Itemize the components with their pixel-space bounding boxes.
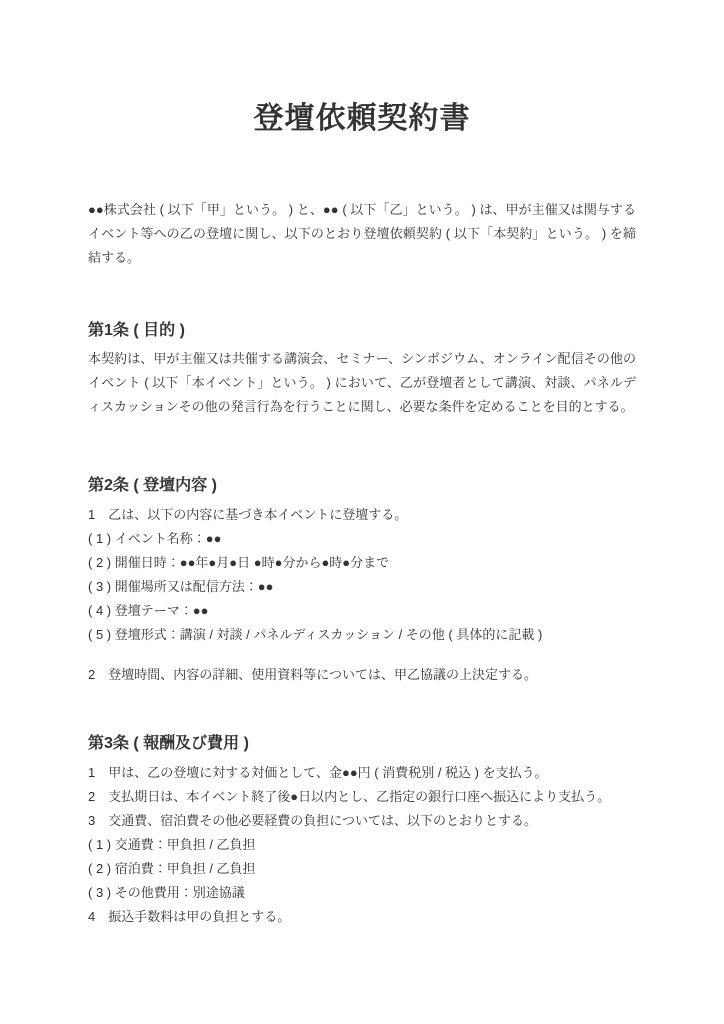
article-2-closing-clause: 2 登壇時間、内容の詳細、使用資料等については、甲乙協議の上決定する。: [88, 663, 636, 687]
clause-line: ( 1 ) イベント名称：●●: [88, 527, 636, 551]
contract-page: 登壇依頼契約書 ●●株式会社 ( 以下「甲」という。 ) と、●● ( 以下「乙…: [0, 0, 724, 1024]
clause-line: 2 支払期日は、本イベント終了後●日以内とし、乙指定の銀行口座へ振込により支払う…: [88, 785, 636, 809]
article-2-clauses: 1 乙は、以下の内容に基づき本イベントに登壇する。 ( 1 ) イベント名称：●…: [88, 503, 636, 647]
clause-line: 1 甲は、乙の登壇に対する対価として、金●●円 ( 消費税別 / 税込 ) を支…: [88, 761, 636, 785]
clause-line: ( 1 ) 交通費：甲負担 / 乙負担: [88, 833, 636, 857]
clause-line: 4 振込手数料は甲の負担とする。: [88, 905, 636, 929]
article-2-heading: 第2条 ( 登壇内容 ): [88, 473, 636, 499]
clause-line: ( 4 ) 登壇テーマ：●●: [88, 599, 636, 623]
article-3-clauses: 1 甲は、乙の登壇に対する対価として、金●●円 ( 消費税別 / 税込 ) を支…: [88, 761, 636, 929]
clause-line: 1 乙は、以下の内容に基づき本イベントに登壇する。: [88, 503, 636, 527]
article-1-body: 本契約は、甲が主催又は共催する講演会、セミナー、シンポジウム、オンライン配信その…: [88, 347, 636, 419]
clause-line: ( 3 ) 開催場所又は配信方法：●●: [88, 575, 636, 599]
clause-line: ( 2 ) 開催日時：●●年●月●日 ●時●分から●時●分まで: [88, 551, 636, 575]
article-3-heading: 第3条 ( 報酬及び費用 ): [88, 731, 636, 757]
clause-line: ( 2 ) 宿泊費：甲負担 / 乙負担: [88, 857, 636, 881]
document-title: 登壇依頼契約書: [88, 102, 636, 136]
article-1-heading: 第1条 ( 目的 ): [88, 318, 636, 344]
clause-line: ( 5 ) 登壇形式：講演 / 対談 / パネルディスカッション / その他 (…: [88, 623, 636, 647]
clause-line: 3 交通費、宿泊費その他必要経費の負担については、以下のとおりとする。: [88, 809, 636, 833]
clause-line: ( 3 ) その他費用：別途協議: [88, 881, 636, 905]
contract-preamble: ●●株式会社 ( 以下「甲」という。 ) と、●● ( 以下「乙」という。 ) …: [88, 198, 636, 270]
page-content: 登壇依頼契約書 ●●株式会社 ( 以下「甲」という。 ) と、●● ( 以下「乙…: [0, 102, 724, 929]
